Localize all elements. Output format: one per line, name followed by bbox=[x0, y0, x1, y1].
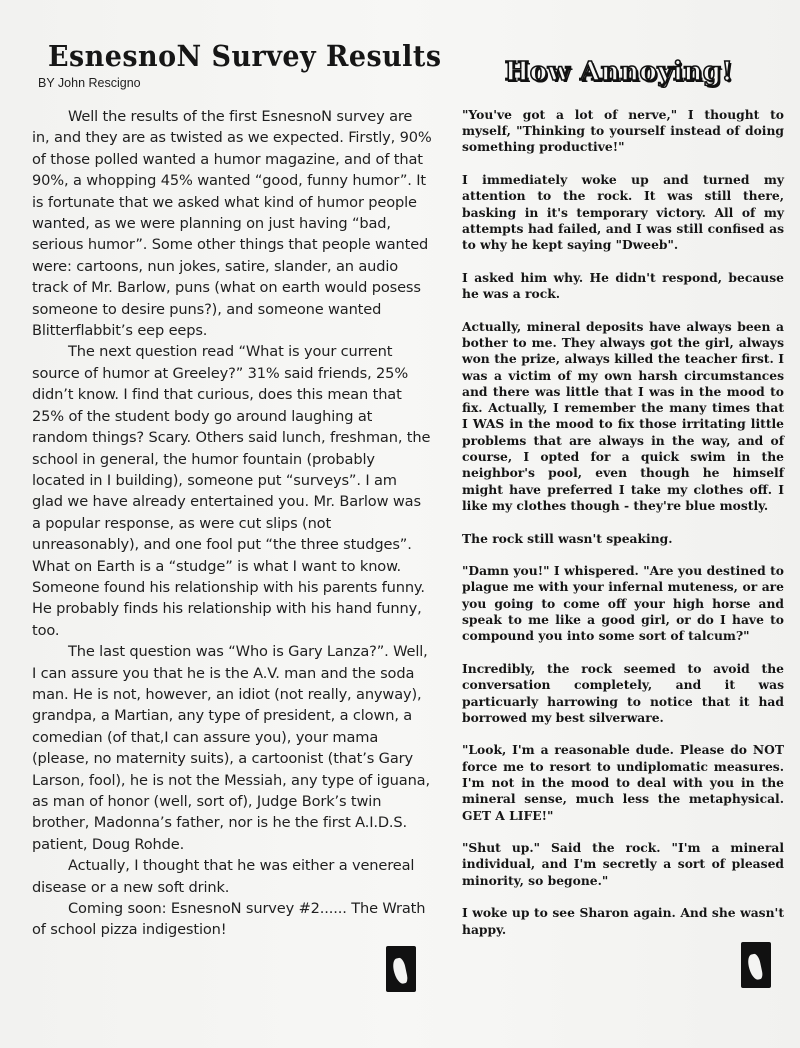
paragraph: Actually, I thought that he was either a… bbox=[32, 855, 432, 898]
paragraph: Well the results of the first EsnesnoN s… bbox=[32, 106, 432, 341]
paragraph: I asked him why. He didn't respond, beca… bbox=[462, 270, 784, 303]
paragraph: Incredibly, the rock seemed to avoid the… bbox=[462, 661, 784, 726]
paragraph: "Look, I'm a reasonable dude. Please do … bbox=[462, 742, 784, 823]
article-body: "You've got a lot of nerve," I thought t… bbox=[462, 107, 784, 938]
how-annoying-article: How Annoying! "You've got a lot of nerve… bbox=[462, 38, 784, 954]
paragraph: The next question read “What is your cur… bbox=[32, 341, 432, 641]
article-body: Well the results of the first EsnesnoN s… bbox=[32, 106, 432, 941]
paragraph: The last question was “Who is Gary Lanza… bbox=[32, 641, 432, 855]
mascot-silhouette-icon bbox=[386, 946, 416, 992]
mascot-silhouette-icon bbox=[741, 942, 771, 988]
paragraph: "You've got a lot of nerve," I thought t… bbox=[462, 107, 784, 156]
byline: BY John Rescigno bbox=[38, 76, 432, 90]
paragraph: "Shut up." Said the rock. "I'm a mineral… bbox=[462, 840, 784, 889]
article-title: EsnesnoN Survey Results bbox=[48, 38, 405, 74]
paragraph: The rock still wasn't speaking. bbox=[462, 531, 784, 547]
survey-results-article: EsnesnoN Survey Results BY John Rescigno… bbox=[32, 38, 432, 941]
paragraph: I immediately woke up and turned my atte… bbox=[462, 172, 784, 253]
paragraph: "Damn you!" I whispered. "Are you destin… bbox=[462, 563, 784, 644]
paragraph: Coming soon: EsnesnoN survey #2...... Th… bbox=[32, 898, 432, 941]
paragraph: Actually, mineral deposits have always b… bbox=[462, 319, 784, 515]
magazine-page: EsnesnoN Survey Results BY John Rescigno… bbox=[0, 0, 800, 1048]
article-title: How Annoying! bbox=[454, 55, 784, 89]
paragraph: I woke up to see Sharon again. And she w… bbox=[462, 905, 784, 938]
